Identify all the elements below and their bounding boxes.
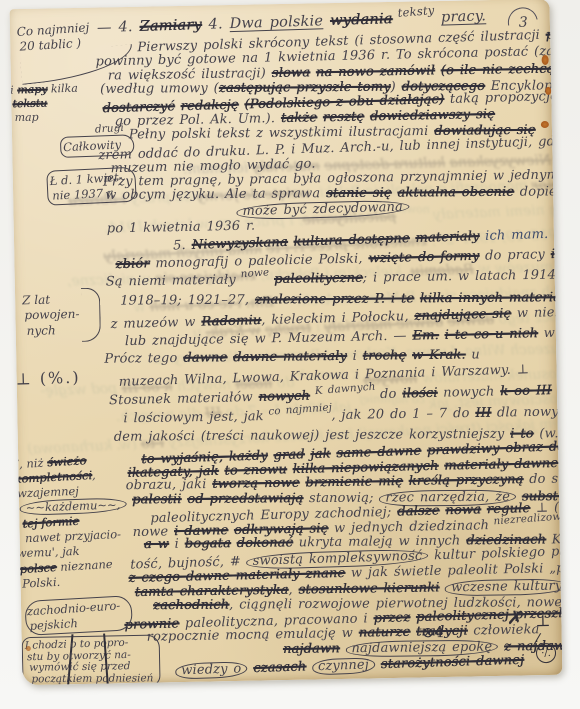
margin-note-western-european: zachodnio-euro-pejskich <box>24 595 133 636</box>
manuscript-line: początkiem podniesień <box>31 673 153 685</box>
manuscript-line: tekstu <box>12 96 80 112</box>
manuscript-line: nie 1937 r. <box>52 185 125 203</box>
manuscript-line: powojen- <box>24 307 79 324</box>
manuscript-line: Całkowity <box>63 137 122 154</box>
paragraph-materials: 5. Niewyzyskana kultura dostępne materia… <box>106 227 563 450</box>
paragraph-comparison: to wyjaśnię, każdy grad jak same dawne p… <box>130 443 562 679</box>
rust-stain <box>26 646 31 651</box>
margin-note-postwar-years: Z latpowojen-nych <box>27 292 83 339</box>
manuscript-line: nych <box>27 323 82 339</box>
margin-note-calkowity: Całkowity <box>60 134 135 157</box>
paragraph-first-polish-text: Pierwszy polski skrócony tekst (i stosow… <box>98 30 562 237</box>
manuscript-line: map <box>15 110 83 125</box>
rust-stain <box>545 87 551 95</box>
scanned-manuscript-page: 5. Niewyzyskana kultura dostępne materia… <box>0 0 580 709</box>
margin-note-crossed-out: I chodzi o to popro-stu by otworzyć na-w… <box>22 634 161 685</box>
margin-note-percent-mark: ⊥ (%.) <box>20 368 85 390</box>
margin-note-left-column: 7, niż świeżokompletności,wzajemnej~~każ… <box>16 452 126 592</box>
x-mark: ✗ <box>506 605 526 631</box>
circled-cross-mark: ⊗4 <box>421 623 443 641</box>
manuscript-line: ⊥ (%.) <box>15 368 81 390</box>
margin-note-maps: i mapy kilkatekstumap <box>15 82 83 126</box>
margin-note-deadline-1937: Ł d. 1 kwiet-nie 1937 r. <box>46 167 136 206</box>
page-number: 3 <box>518 14 527 30</box>
rust-stain <box>542 55 549 65</box>
paper-sheet: 5. Niewyzyskana kultura dostępne materia… <box>10 0 563 685</box>
